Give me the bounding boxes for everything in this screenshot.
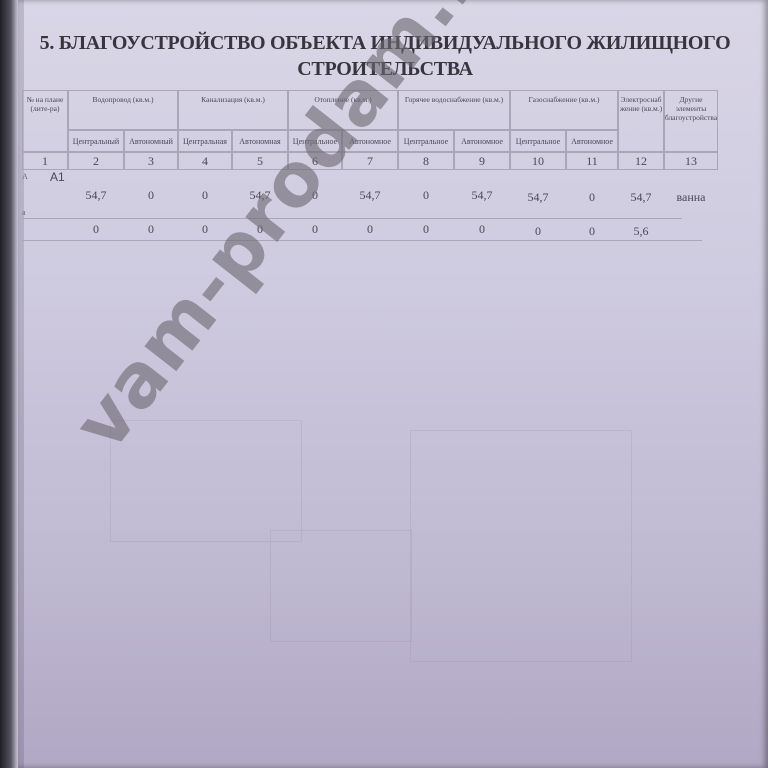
column-number-10: 10 — [510, 152, 566, 170]
table-cell: 0 — [148, 222, 154, 237]
subheader-9: Автономное — [454, 130, 510, 152]
header-plan-number: № на плане (лите-ра) — [22, 90, 68, 152]
table-cell: 54,7 — [631, 190, 652, 205]
book-spine — [0, 0, 18, 768]
row-label: А — [22, 172, 28, 181]
table-cell: 54,7 — [86, 188, 107, 203]
table-cell: 0 — [589, 190, 595, 205]
row-divider — [22, 218, 682, 219]
row-label: а — [22, 208, 26, 217]
show-through-box — [270, 530, 412, 642]
column-number-4: 4 — [178, 152, 232, 170]
header-gas: Газоснабжение (кв.м.) — [510, 90, 618, 130]
table-cell: 0 — [93, 222, 99, 237]
table-cell: 0 — [479, 222, 485, 237]
subheader-8: Центральное — [398, 130, 454, 152]
subheader-2: Центральный — [68, 130, 124, 152]
row-divider — [22, 240, 702, 241]
column-number-8: 8 — [398, 152, 454, 170]
column-number-2: 2 — [68, 152, 124, 170]
subheader-4: Центральная — [178, 130, 232, 152]
row-code: А1 — [50, 170, 65, 184]
column-number-13: 13 — [664, 152, 718, 170]
header-hotwater: Горячее водоснабжение (кв.м.) — [398, 90, 510, 130]
subheader-10: Центральное — [510, 130, 566, 152]
header-electric: Электроснаб жение (кв.м.) — [618, 90, 664, 152]
table-cell: 0 — [202, 188, 208, 203]
column-number-11: 11 — [566, 152, 618, 170]
table-cell: 0 — [148, 188, 154, 203]
subheader-11: Автономное — [566, 130, 618, 152]
table-cell: 0 — [423, 188, 429, 203]
table-cell: 0 — [589, 224, 595, 239]
subheader-3: Автономный — [124, 130, 178, 152]
show-through-box — [410, 430, 632, 662]
table-cell: 54,7 — [472, 188, 493, 203]
column-number-12: 12 — [618, 152, 664, 170]
table-cell: 0 — [535, 224, 541, 239]
header-other: Другие элементы благоустройства — [664, 90, 718, 152]
table-cell: 0 — [423, 222, 429, 237]
header-water: Водопровод (кв.м.) — [68, 90, 178, 130]
table-cell: 54,7 — [528, 190, 549, 205]
column-number-3: 3 — [124, 152, 178, 170]
table-cell: 5,6 — [634, 224, 649, 239]
column-number-9: 9 — [454, 152, 510, 170]
table-cell: 54,7 — [360, 188, 381, 203]
column-number-1: 1 — [22, 152, 68, 170]
table-cell: ванна — [676, 190, 705, 205]
header-sewer: Канализация (кв.м.) — [178, 90, 288, 130]
table-cell: 0 — [367, 222, 373, 237]
